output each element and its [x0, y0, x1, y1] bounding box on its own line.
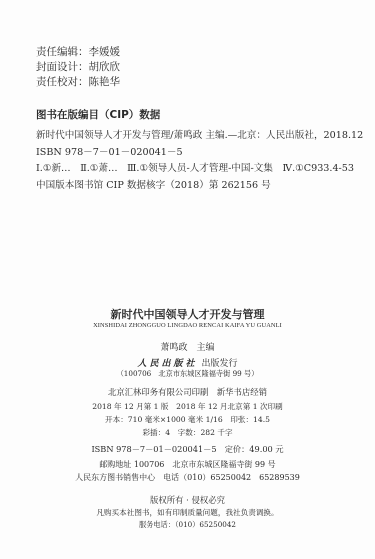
word-count-line: 彩插：4 字数：282 千字	[0, 427, 375, 440]
service-phone: 服务电话：（010）65250042	[0, 519, 375, 532]
chief-editor: 萧鸣政 主编	[0, 340, 375, 353]
edition-line: 2018 年 12 月第 1 版 2018 年 12 月北京第 1 次印刷	[0, 401, 375, 414]
cip-isbn-line: ISBN 978－7－01－020041－5	[36, 145, 363, 162]
cip-bibliographic-line: 新时代中国领导人才开发与管理/萧鸣政 主编.—北京：人民出版社，2018.12	[36, 128, 363, 145]
printer-line: 北京汇林印务有限公司印刷 新华书店经销	[0, 386, 375, 398]
responsible-editor: 责任编辑：李媛媛	[36, 45, 120, 60]
cover-designer: 封面设计：胡欣欣	[36, 60, 120, 75]
publisher-logo: 人民出版社	[137, 359, 197, 369]
proofreader: 责任校对：陈艳华	[36, 75, 120, 90]
publisher-line: 人民出版社出版发行	[0, 356, 375, 369]
cip-data-block: 新时代中国领导人才开发与管理/萧鸣政 主编.—北京：人民出版社，2018.12 …	[36, 128, 363, 194]
cip-record-number: 中国版本图书馆 CIP 数据核字（2018）第 262156 号	[36, 178, 363, 195]
contact-block: 邮购地址 100706 北京市东城区隆福寺街 99 号 人民东方图书销售中心 电…	[0, 459, 375, 484]
sales-center-phone: 人民东方图书销售中心 电话（010）65250042 65289539	[0, 472, 375, 485]
cip-subject-line: Ⅰ.①新… Ⅱ.①萧… Ⅲ.①领导人员-人才管理-中国-文集 Ⅳ.①C933.4…	[36, 161, 363, 178]
mail-order-address: 邮购地址 100706 北京市东城区隆福寺街 99 号	[0, 459, 375, 472]
isbn-price-line: ISBN 978－7－01－020041－5 定价：49.00 元	[0, 444, 375, 455]
credits-block: 责任编辑：李媛媛 封面设计：胡欣欣 责任校对：陈艳华	[36, 45, 120, 90]
format-line: 开本：710 毫米×1000 毫米 1/16 印张：14.5	[0, 414, 375, 427]
book-title: 新时代中国领导人才开发与管理	[0, 306, 375, 322]
cip-heading: 图书在版编目（CIP）数据	[36, 107, 160, 122]
copyright-notice: 版权所有 · 侵权必究	[0, 494, 375, 507]
publisher-action: 出版发行	[202, 359, 238, 369]
rights-block: 版权所有 · 侵权必究 凡购买本社图书，如有印制质量问题，我社负责调换。 服务电…	[0, 494, 375, 532]
quality-guarantee: 凡购买本社图书，如有印制质量问题，我社负责调换。	[0, 507, 375, 520]
publisher-address: （100706 北京市东城区隆福寺街 99 号）	[0, 369, 375, 379]
book-title-pinyin: XINSHIDAI ZHONGGUO LINGDAO RENCAI KAIFA …	[0, 322, 375, 329]
